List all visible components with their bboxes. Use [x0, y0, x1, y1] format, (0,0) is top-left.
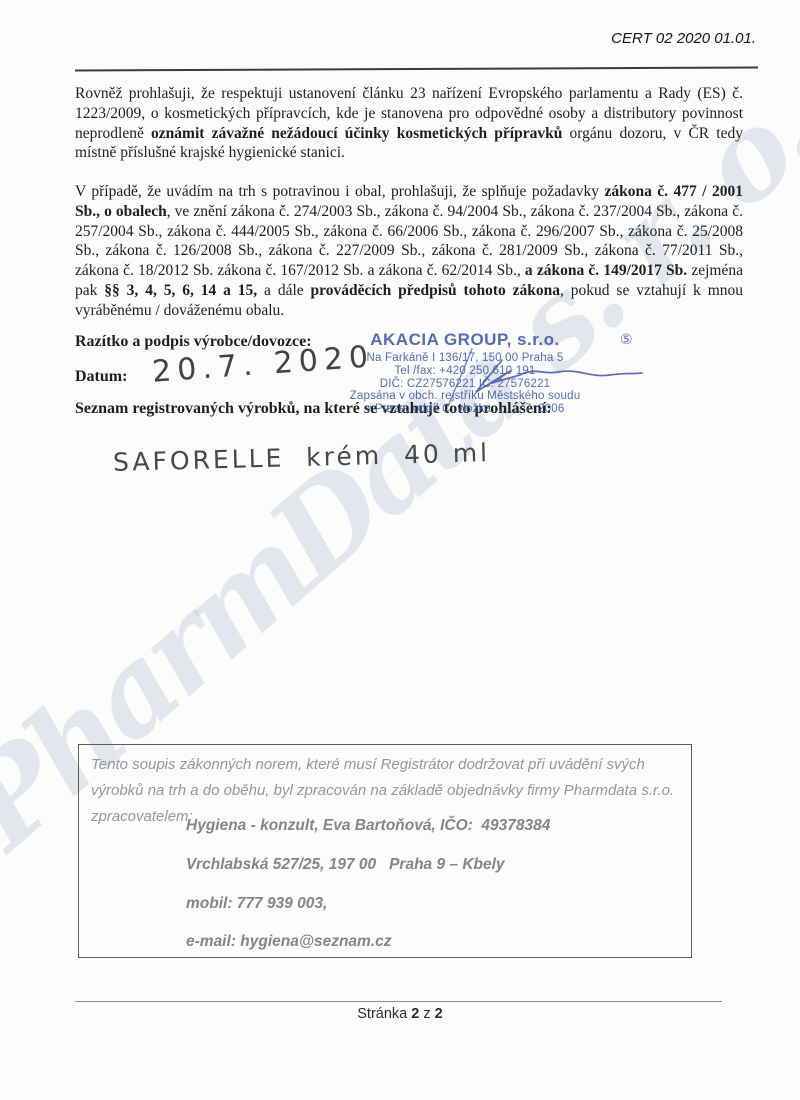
handwritten-product-entry: SAFORELLE krém 40 ml [113, 438, 491, 477]
header-divider [75, 67, 758, 72]
processor-info-box: Tento soupis zákonných norem, které musí… [78, 744, 692, 958]
footer-divider [75, 1001, 722, 1002]
processor-email: e-mail: hygiena@seznam.cz [186, 933, 392, 951]
registered-products-label: Seznam registrovaných výrobků, na které … [75, 400, 552, 418]
date-label: Datum: [75, 368, 127, 386]
stamp-phone: Tel /fax: +420 250 610 191 [315, 365, 615, 378]
processor-mobile: mobil: 777 939 003, [186, 895, 327, 913]
stamp-tax-ids: DIČ: CZ27576221 IČ: 27576221 [315, 378, 615, 391]
page-number: Stránka 2 z 2 [0, 1006, 800, 1022]
stamp-badge-icon: ⑤ [620, 331, 633, 348]
stamp-company-text: AKACIA GROUP, s.r.o. [370, 330, 559, 349]
processor-name: Hygiena - konzult, Eva Bartoňová, IČO: 4… [186, 817, 550, 835]
stamp-company-name: AKACIA GROUP, s.r.o. ⑤ [315, 330, 615, 350]
stamp-address: Na Farkáně I 136/17, 150 00 Praha 5 [315, 352, 615, 365]
declaration-paragraph-cosmetics: Rovněž prohlašuji, že respektuji ustanov… [75, 84, 743, 163]
scanned-certificate-page: PharmData s. r. o. CERT 02 2020 01.01. R… [0, 0, 800, 1100]
stamp-signature-label: Razítko a podpis výrobce/dovozce: [75, 333, 312, 351]
document-code: CERT 02 2020 01.01. [611, 30, 756, 47]
declaration-paragraph-packaging: V případě, že uvádím na trh s potravinou… [75, 182, 743, 321]
processor-address: Vrchlabská 527/25, 197 00 Praha 9 – Kbel… [186, 856, 505, 874]
